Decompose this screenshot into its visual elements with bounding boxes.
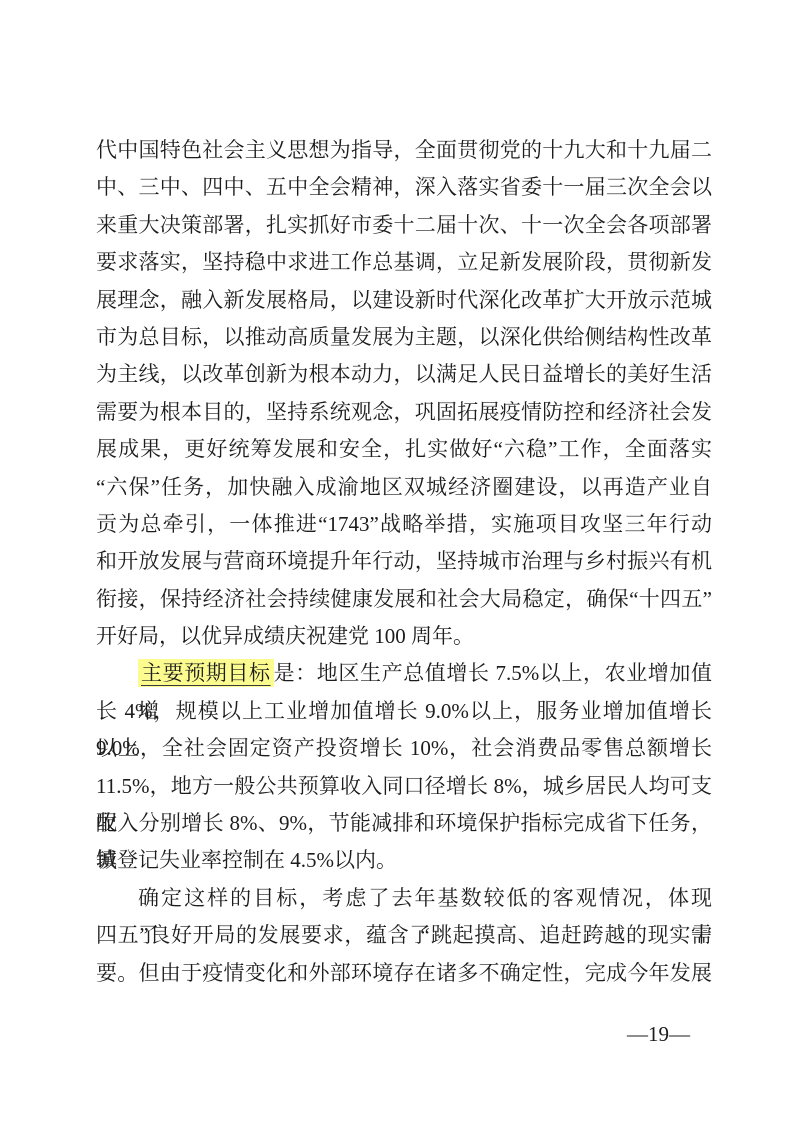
text-line: 来重大决策部署，扎实抓好市委十二届十次、十一次全会各项部署 [96, 207, 712, 244]
text-line: 展成果，更好统筹发展和安全，扎实做好“六稳”工作，全面落实 [96, 431, 712, 468]
text-line: 以上，全社会固定资产投资增长 10%，社会消费品零售总额增长 [96, 730, 712, 767]
text-line: 需要为根本目的，坚持系统观念，巩固拓展疫情防控和经济社会发 [96, 394, 712, 431]
text-line: 贡为总牵引，一体推进“1743”战略举措，实施项目攻坚三年行动 [96, 506, 712, 543]
document-body: 代中国特色社会主义思想为指导，全面贯彻党的十九大和十九届二中、三中、四中、五中全… [96, 132, 712, 992]
text-line: 衔接，保持经济社会持续健康发展和社会大局稳定，确保“十四五” [96, 581, 712, 618]
text-line: 主要预期目标是：地区生产总值增长 7.5%以上，农业增加值增 [96, 655, 712, 692]
text-line: 为主线，以改革创新为根本动力，以满足人民日益增长的美好生活 [96, 356, 712, 393]
text-line: 要。但由于疫情变化和外部环境存在诸多不确定性，完成今年发展 [96, 955, 712, 992]
text-line: 中、三中、四中、五中全会精神，深入落实省委十一届三次全会以 [96, 169, 712, 206]
highlighted-text: 主要预期目标 [138, 659, 274, 687]
text-line: “六保”任务，加快融入成渝地区双城经济圈建设，以再造产业自 [96, 469, 712, 506]
text-line: 镇登记失业率控制在 4.5%以内。 [96, 842, 712, 879]
text-line: 四五”良好开局的发展要求，蕴含了跳起摸高、追赶跨越的现实需 [96, 917, 712, 954]
text-line: 市为总目标，以推动高质量发展为主题，以深化供给侧结构性改革 [96, 319, 712, 356]
page-number: —19— [627, 1022, 690, 1046]
text-line: 长 4%，规模以上工业增加值增长 9.0%以上，服务业增加值增长 9.0% [96, 693, 712, 730]
text-line: 代中国特色社会主义思想为指导，全面贯彻党的十九大和十九届二 [96, 132, 712, 169]
text-line: 和开放发展与营商环境提升年行动，坚持城市治理与乡村振兴有机 [96, 543, 712, 580]
document-page: 代中国特色社会主义思想为指导，全面贯彻党的十九大和十九届二中、三中、四中、五中全… [0, 0, 793, 1122]
text-line: 展理念，融入新发展格局，以建设新时代深化改革扩大开放示范城 [96, 282, 712, 319]
text-line: 11.5%，地方一般公共预算收入同口径增长 8%，城乡居民人均可支配 [96, 768, 712, 805]
text-line: 收入分别增长 8%、9%，节能减排和环境保护指标完成省下任务，城 [96, 805, 712, 842]
text-line: 开好局，以优异成绩庆祝建党 100 周年。 [96, 618, 712, 655]
text-line: 要求落实，坚持稳中求进工作总基调，立足新发展阶段，贯彻新发 [96, 244, 712, 281]
text-line: 确定这样的目标，考虑了去年基数较低的客观情况，体现了“十 [96, 880, 712, 917]
